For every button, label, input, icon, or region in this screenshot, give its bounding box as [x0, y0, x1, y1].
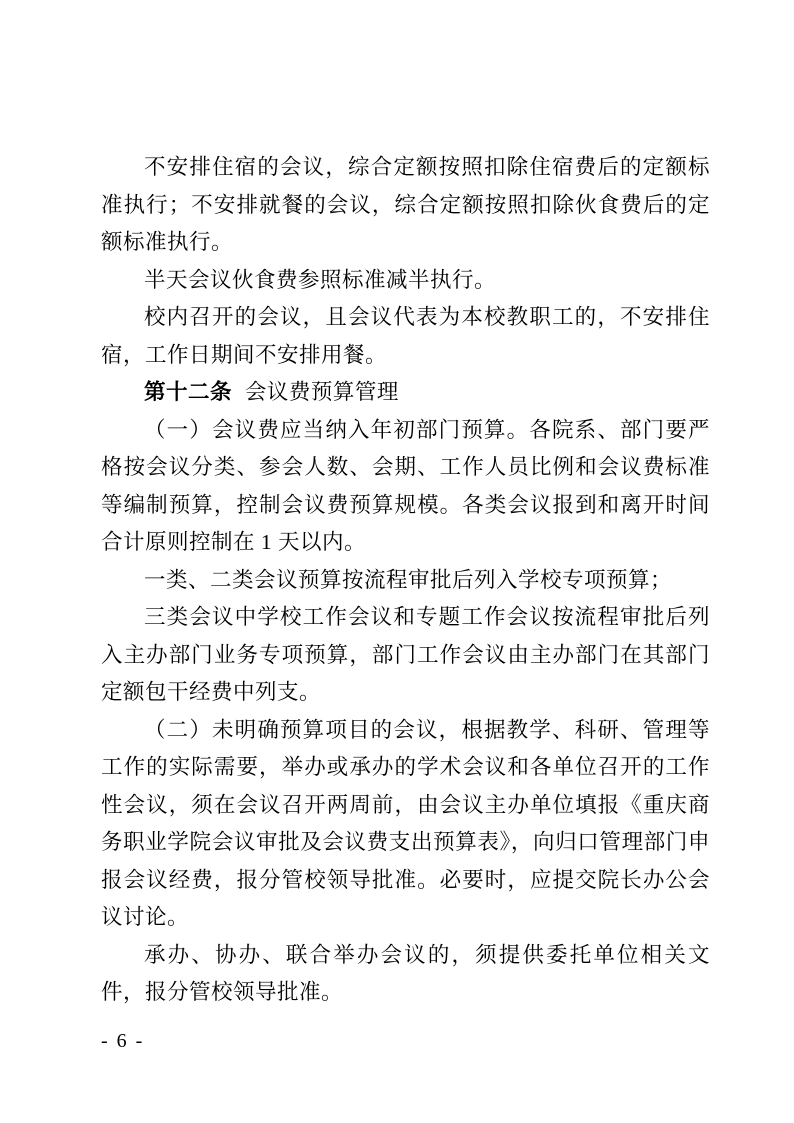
- page-number-label: - 6 -: [101, 1029, 144, 1053]
- paragraph-item-1-budget-inclusion: （一）会议费应当纳入年初部门预算。各院系、部门要严格按会议分类、参会人数、会期、…: [101, 412, 710, 562]
- article-number: 第十二条: [144, 380, 232, 404]
- article-title: 会议费预算管理: [245, 380, 399, 404]
- article-heading: 第十二条会议费预算管理: [101, 374, 710, 412]
- paragraph-item-2-unbudgeted-meetings: （二）未明确预算项目的会议，根据教学、科研、管理等工作的实际需要，举办或承办的学…: [101, 712, 710, 937]
- document-page: 不安排住宿的会议，综合定额按照扣除住宿费后的定额标准执行；不安排就餐的会议，综合…: [0, 0, 794, 1123]
- paragraph-class-3-budget: 三类会议中学校工作会议和专题工作会议按流程审批后列入主办部门业务专项预算，部门工…: [101, 599, 710, 712]
- paragraph-no-lodging-rule: 不安排住宿的会议，综合定额按照扣除住宿费后的定额标准执行；不安排就餐的会议，综合…: [101, 149, 710, 262]
- paragraph-on-campus-meeting-rule: 校内召开的会议，且会议代表为本校教职工的，不安排住宿，工作日期间不安排用餐。: [101, 299, 710, 374]
- paragraph-co-hosted-meetings: 承办、协办、联合举办会议的，须提供委托单位相关文件，报分管校领导批准。: [101, 937, 710, 1012]
- paragraph-class-1-2-budget: 一类、二类会议预算按流程审批后列入学校专项预算；: [101, 562, 710, 600]
- document-body: 不安排住宿的会议，综合定额按照扣除住宿费后的定额标准执行；不安排就餐的会议，综合…: [101, 149, 710, 1012]
- paragraph-half-day-meal-rule: 半天会议伙食费参照标准减半执行。: [101, 262, 710, 300]
